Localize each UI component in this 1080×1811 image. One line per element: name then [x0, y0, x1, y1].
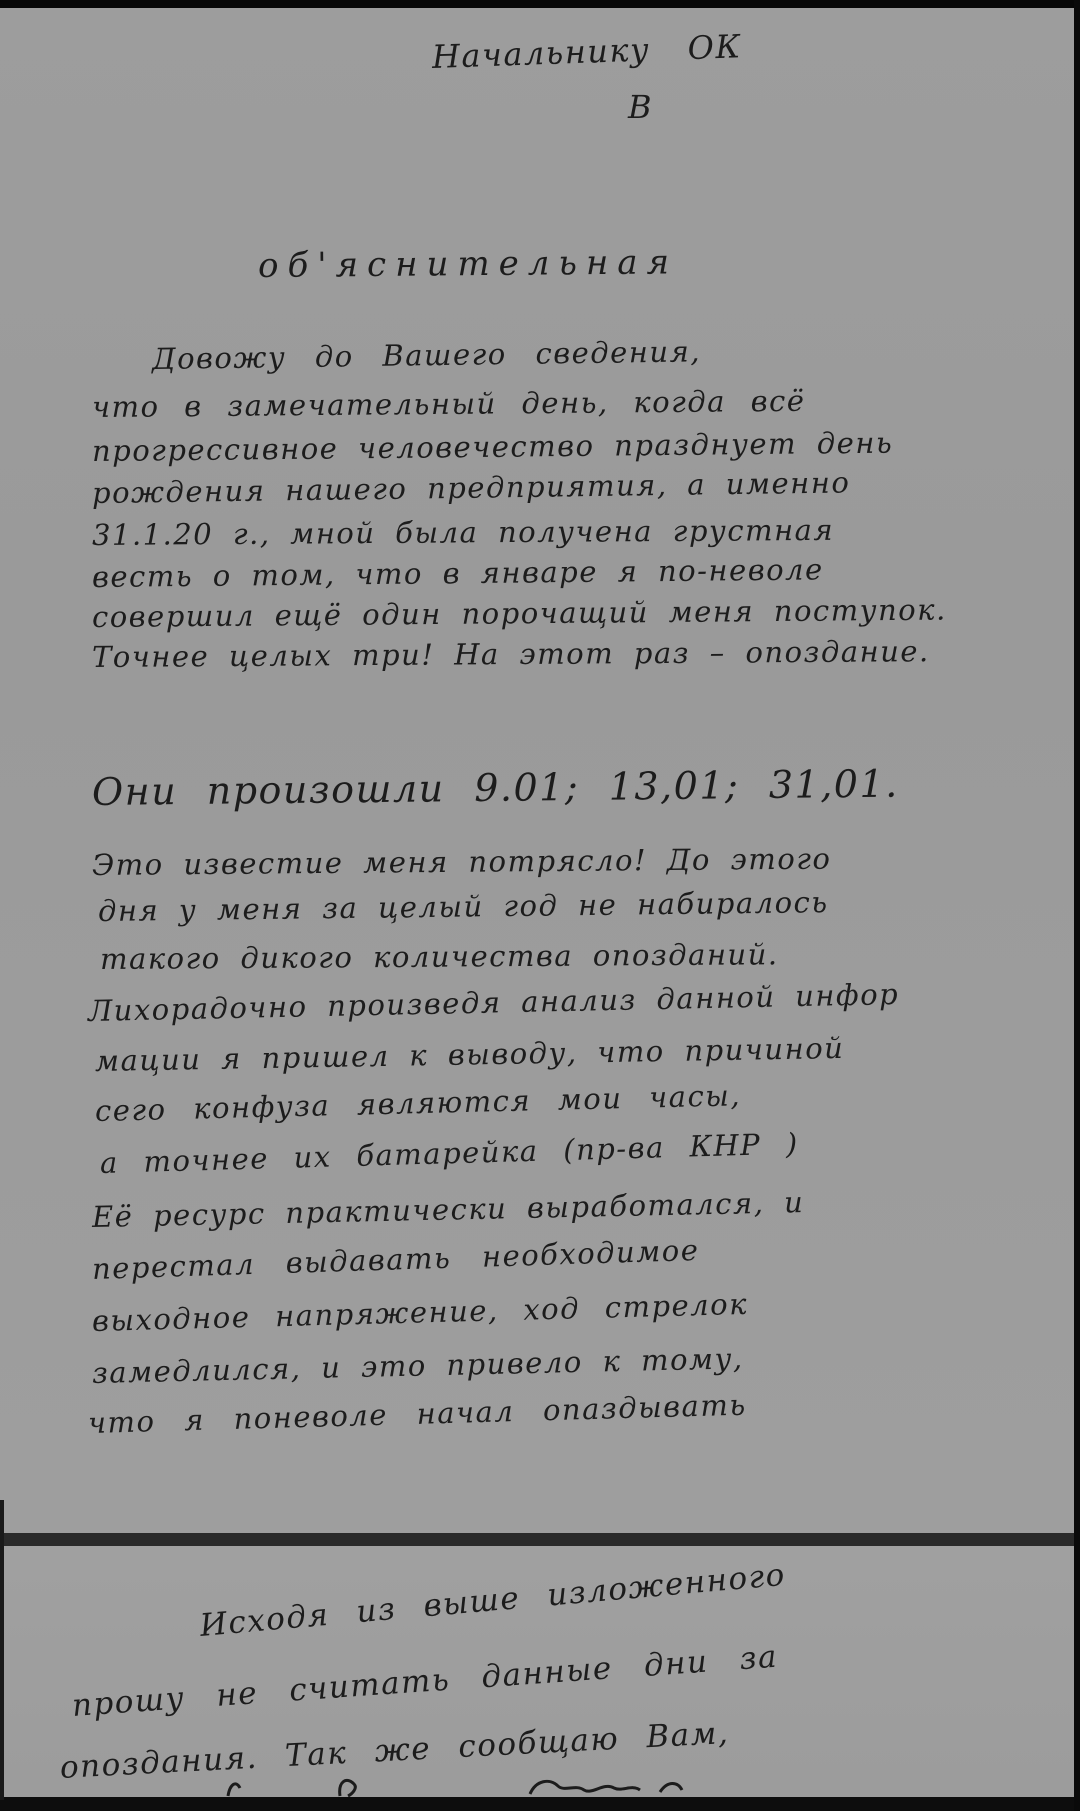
handwritten-line: Это известие меня потрясло! До этого [92, 842, 832, 882]
handwritten-line: Исходя из выше изложенного [198, 1557, 787, 1644]
handwritten-line: Довожу до Вашего сведения, [152, 334, 701, 376]
scan-left-shadow [0, 1500, 4, 1800]
page-1: Начальнику ОК В об'яснительная Довожу до… [0, 8, 1080, 1533]
clipped-handwriting-strokes [220, 1774, 740, 1797]
page-2: Исходя из выше изложенного прошу не счит… [0, 1546, 1080, 1797]
handwritten-line: сего конфуза являются мои часы, [95, 1078, 742, 1128]
handwritten-line: что я поневоле начал опаздывать [88, 1388, 748, 1440]
handwritten-line: замедлился, и это привело к тому, [92, 1341, 744, 1390]
scan-bottom-border [0, 1797, 1080, 1811]
addressee-line: Начальнику ОК [431, 27, 742, 76]
handwritten-line: Точнее целых три! На этот раз – опоздани… [92, 634, 930, 674]
addressee-line: В [628, 88, 653, 126]
page-separator-band [0, 1533, 1080, 1546]
handwritten-line: Её ресурс практически выработался, и [92, 1185, 805, 1234]
handwritten-line: перестал выдавать необходимое [91, 1233, 699, 1286]
scan-top-border [0, 0, 1080, 8]
scan-right-border [1074, 0, 1080, 1811]
handwritten-line: дня у меня за целый год не набиралось [98, 885, 829, 928]
handwritten-line: Лихорадочно произведя анализ данной инфо… [88, 977, 900, 1028]
scanned-document: Начальнику ОК В об'яснительная Довожу до… [0, 0, 1080, 1811]
handwritten-line-dates: Они произошли 9.01; 13,01; 31,01. [92, 762, 899, 814]
handwritten-line: прогрессивное человечество празднует ден… [92, 426, 894, 468]
handwritten-line: совершил ещё один порочащий меня поступо… [92, 593, 947, 634]
handwritten-line: что в замечательный день, когда всё [92, 384, 806, 424]
handwritten-line: такого дикого количества опозданий. [100, 937, 779, 976]
handwritten-line: а точнее их батарейка (пр-ва КНР ) [100, 1126, 800, 1180]
handwritten-line: прошу не считать данные дни за [71, 1639, 779, 1724]
handwritten-line: 31.1.20 г., мной была получена грустная [92, 513, 834, 552]
document-title: об'яснительная [258, 242, 678, 286]
handwritten-line: весть о том, что в январе я по-неволе [92, 552, 824, 594]
handwritten-line: рождения нашего предприятия, а именно [92, 465, 851, 510]
handwritten-line: выходное напряжение, ход стрелок [92, 1287, 749, 1338]
handwritten-line: мации я пришел к выводу, что причиной [95, 1031, 845, 1078]
